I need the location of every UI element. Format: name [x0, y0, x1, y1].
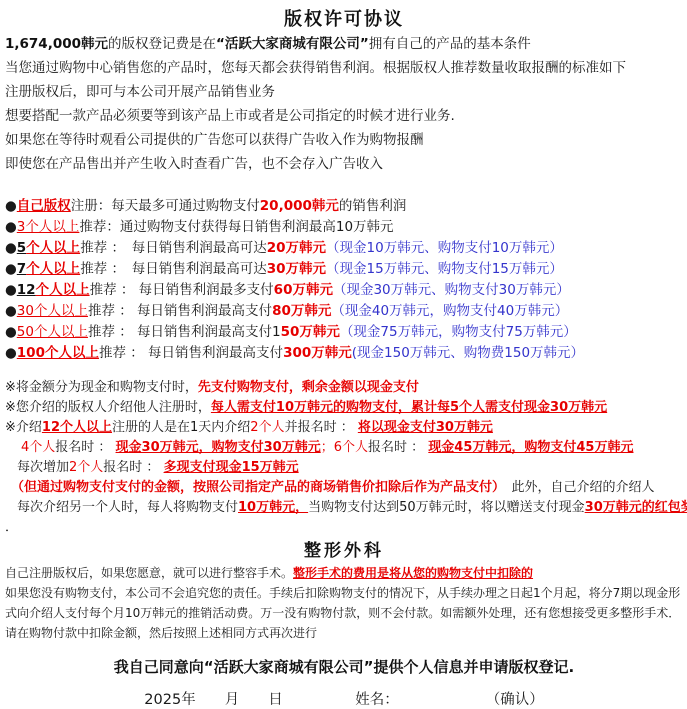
text-segment: ●	[5, 324, 17, 340]
text-segment: 当购物支付达到50万韩元时，将以赠送支付现金	[308, 500, 585, 515]
text-segment: 每次介绍另一个人时，每人将购物支付	[17, 500, 238, 515]
text-segment: ●	[5, 345, 17, 361]
text-segment: （但通过购物支付支付的金额，按照公司指定产品的商场销售价扣除后作为产品支付）	[11, 480, 499, 495]
text-segment: ●	[5, 219, 17, 235]
text-segment: 式向介绍人支付每个月10万韩元的推销活动费。万一没有购物付款，则不会付款。如需额…	[5, 606, 680, 620]
consent-statement: 我自己同意向“活跃大家商城有限公司”提供个人信息并申请版权登记.	[5, 656, 683, 678]
paragraph-line: 自己注册版权后，如果您愿意，就可以进行整容手术。整形手术的费用是将从您的购物支付…	[5, 563, 683, 583]
text-segment: (现金150万韩元、购物费150万韩元）	[352, 345, 584, 361]
note-line: 4个人报名时 ： 现金30万韩元，购物支付30万韩元；6个人报名时 ： 现金45…	[5, 438, 683, 458]
text-segment: ※介绍	[5, 420, 42, 435]
note-line: ※将金额分为现金和购物支付时，先支付购物支付，剩余金额以现金支付	[5, 378, 683, 398]
text-segment: 推荐 ： 每日销售利润最高支付	[88, 303, 272, 319]
text-segment: 12个人以上	[42, 420, 112, 435]
text-segment: 4个人	[21, 440, 55, 455]
text-segment: ．	[5, 520, 18, 535]
text-segment: 12	[17, 282, 36, 298]
text-segment: 当您通过购物中心销售您的产品时，您每天都会获得销售利润。根据版权人推荐数量收取报…	[5, 60, 626, 76]
text-segment: ●	[5, 261, 17, 277]
text-segment: 80万韩元	[272, 303, 331, 319]
benefit-item: ●7个人以上推荐 ： 每日销售利润最高可达30万韩元（现金15万韩元、购物支付1…	[5, 259, 683, 280]
surgery-section-title: 整形外科	[5, 539, 683, 563]
text-segment: 整形手术的费用是将从您的购物支付中扣除的	[293, 566, 533, 580]
payment-notes: ※将金额分为现金和购物支付时，先支付购物支付，剩余金额以现金支付※您介绍的版权人…	[5, 378, 683, 538]
text-segment: 即使您在产品售出并产生收入时查看广告，也不会存入广告收入	[5, 156, 383, 172]
text-segment: 100个人以上	[17, 345, 99, 361]
intro-line: 当您通过购物中心销售您的产品时，您每天都会获得销售利润。根据版权人推荐数量收取报…	[5, 56, 683, 80]
text-segment: 5	[17, 240, 26, 256]
text-segment: 注册的人是在1天内介绍	[112, 420, 250, 435]
text-segment: 30万韩元	[267, 261, 326, 277]
text-segment: 多现支付现金15万韩元	[164, 460, 299, 475]
text-segment: 推荐 ： 每日销售利润最高可达	[80, 261, 267, 277]
text-segment: 6个人	[334, 440, 368, 455]
text-segment: 推荐：通过购物支付获得每日销售利润最高10万韩元	[79, 219, 393, 235]
note-line: ※介绍12个人以上注册的人是在1天内介绍2个人并报名时 ： 将以现金支付30万韩…	[5, 418, 683, 438]
benefit-item: ●12个人以上推荐 ： 每日销售利润最多支付60万韩元（现金30万韩元、购物支付…	[5, 280, 683, 301]
note-line: 每次介绍另一个人时，每人将购物支付10万韩元，当购物支付达到50万韩元时，将以赠…	[5, 498, 683, 518]
text-segment: 并报名时 ：	[285, 420, 358, 435]
text-segment: ※将金额分为现金和购物支付时，	[5, 380, 198, 395]
intro-line: 注册版权后，即可与本公司开展产品销售业务	[5, 80, 683, 104]
text-segment: 推荐 ： 每日销售利润最高支付	[99, 345, 283, 361]
benefit-item: ●5个人以上推荐 ： 每日销售利润最高可达20万韩元（现金10万韩元、购物支付1…	[5, 238, 683, 259]
copyright-license-document: 版权许可协议 1,674,000韩元的版权登记费是在“活跃大家商城有限公司”拥有…	[0, 0, 687, 709]
referral-benefit-list: ●自己版权注册：每天最多可通过购物支付20,000韩元的销售利润●3个人以上推荐…	[5, 196, 683, 364]
text-segment: 1,674,000韩元	[5, 36, 108, 52]
text-segment: （现金10万韩元、购物支付10万韩元）	[326, 240, 563, 256]
text-segment: ●	[5, 198, 17, 214]
text-segment: 的版权登记费是在	[108, 36, 216, 52]
text-segment: ；	[321, 440, 334, 455]
paragraph-line: 式向介绍人支付每个月10万韩元的推销活动费。万一没有购物付款，则不会付款。如需额…	[5, 603, 683, 623]
text-segment: 推荐 ： 每日销售利润最高支付1	[88, 324, 281, 340]
text-segment: ●	[5, 303, 17, 319]
text-segment: （现金30万韩元、购物支付30万韩元）	[333, 282, 570, 298]
surgery-paragraphs: 自己注册版权后，如果您愿意，就可以进行整容手术。整形手术的费用是将从您的购物支付…	[5, 563, 683, 643]
text-segment: 我自己同意向“活跃大家商城有限公司”提供个人信息并申请版权登记.	[114, 658, 574, 676]
benefit-item: ●50个人以上推荐 ： 每日销售利润最高支付150万韩元（现金75万韩元，购物支…	[5, 322, 683, 343]
text-segment: 报名时 ：	[368, 440, 428, 455]
text-segment: ●	[5, 240, 17, 256]
intro-line: 如果您在等待时观看公司提供的广告您可以获得广告收入作为购物报酬	[5, 128, 683, 152]
text-segment: 2个人	[250, 420, 284, 435]
text-segment: 个人以上	[26, 261, 80, 277]
text-segment: 20万韩元	[267, 240, 326, 256]
paragraph-line: 请在购物付款中扣除金额，然后按照上述相同方式再次进行	[5, 623, 683, 643]
benefit-item: ●30个人以上推荐 ： 每日销售利润最高支付80万韩元（现金40万韩元，购物支付…	[5, 301, 683, 322]
intro-paragraphs: 1,674,000韩元的版权登记费是在“活跃大家商城有限公司”拥有自己的产品的基…	[5, 32, 683, 176]
benefit-item: ●3个人以上推荐：通过购物支付获得每日销售利润最高10万韩元	[5, 217, 683, 238]
text-segment: 每次增加	[17, 460, 69, 475]
text-segment: 10万韩元，	[238, 500, 308, 515]
text-segment: 请在购物付款中扣除金额，然后按照上述相同方式再次进行	[5, 626, 317, 640]
text-segment: 的销售利润	[339, 198, 407, 214]
text-segment: 现金45万韩元，购物支付45万韩元	[428, 440, 633, 455]
text-segment: 注册版权后，即可与本公司开展产品销售业务	[5, 84, 275, 100]
text-segment: 50万韩元	[281, 324, 340, 340]
text-segment: ※您介绍的版权人介绍他人注册时，	[5, 400, 211, 415]
note-line: ．	[5, 518, 683, 538]
text-segment: 注册：每天最多可通过购物支付	[71, 198, 260, 214]
note-line: （但通过购物支付支付的金额，按照公司指定产品的商场销售价扣除后作为产品支付） 此…	[5, 478, 683, 498]
text-segment: 报名时 ：	[55, 440, 115, 455]
text-segment: 现金30万韩元，购物支付30万韩元	[116, 440, 321, 455]
text-segment: 个人以上	[36, 282, 90, 298]
intro-line: 1,674,000韩元的版权登记费是在“活跃大家商城有限公司”拥有自己的产品的基…	[5, 32, 683, 56]
text-segment: 50个人以上	[17, 324, 88, 340]
consent-line: 我自己同意向“活跃大家商城有限公司”提供个人信息并申请版权登记.	[5, 656, 683, 678]
text-segment: 推荐 ： 每日销售利润最高可达	[80, 240, 267, 256]
text-segment: 2个人	[69, 460, 103, 475]
text-segment: 个人以上	[26, 240, 80, 256]
intro-line: 想要搭配一款产品必须要等到该产品上市或者是公司指定的时候才进行业务.	[5, 104, 683, 128]
note-line: 每次增加2个人报名时 ： 多现支付现金15万韩元	[5, 458, 683, 478]
text-segment: 60万韩元	[274, 282, 333, 298]
text-segment: ●	[5, 282, 17, 298]
paragraph-line: 如果您没有购物支付，本公司不会追究您的责任。手续后扣除购物支付的情况下，从手续办…	[5, 583, 683, 603]
text-segment: （现金40万韩元，购物支付40万韩元）	[331, 303, 568, 319]
intro-line: 即使您在产品售出并产生收入时查看广告，也不会存入广告收入	[5, 152, 683, 176]
text-segment: 300万韩元	[283, 345, 352, 361]
text-segment: 20,000韩元	[260, 198, 339, 214]
text-segment: 自己版权	[17, 198, 71, 214]
page-title: 版权许可协议	[5, 8, 683, 32]
text-segment: 推荐 ： 每日销售利润最多支付	[90, 282, 274, 298]
text-segment: 3个人以上	[17, 219, 80, 235]
text-segment: 如果您在等待时观看公司提供的广告您可以获得广告收入作为购物报酬	[5, 132, 424, 148]
date-signature-line: 2025年 月 日 姓名： （确认）	[5, 689, 683, 709]
text-segment: 每人需支付10万韩元的购物支付，累计每5个人需支付现金30万韩元	[211, 400, 607, 415]
text-segment: （现金15万韩元、购物支付15万韩元）	[326, 261, 563, 277]
text-segment: 想要搭配一款产品必须要等到该产品上市或者是公司指定的时候才进行业务.	[5, 108, 455, 124]
text-segment: 自己注册版权后，如果您愿意，就可以进行整容手术。	[5, 566, 293, 580]
benefit-item: ●100个人以上推荐 ： 每日销售利润最高支付300万韩元(现金150万韩元、购…	[5, 343, 683, 364]
note-line: ※您介绍的版权人介绍他人注册时，每人需支付10万韩元的购物支付，累计每5个人需支…	[5, 398, 683, 418]
text-segment: 将以现金支付30万韩元	[358, 420, 493, 435]
text-segment: 如果您没有购物支付，本公司不会追究您的责任。手续后扣除购物支付的情况下，从手续办…	[5, 586, 680, 600]
text-segment: 30万韩元的红包奖金	[585, 500, 687, 515]
text-segment: 报名时 ：	[103, 460, 163, 475]
text-segment: 7	[17, 261, 26, 277]
text-segment: “活跃大家商城有限公司”	[216, 36, 369, 52]
text-segment: 此外，自己介绍的介绍人	[499, 480, 655, 495]
text-segment: 先支付购物支付，剩余金额以现金支付	[198, 380, 419, 395]
text-segment: （现金75万韩元，购物支付75万韩元）	[340, 324, 577, 340]
text-segment: 30个人以上	[17, 303, 88, 319]
benefit-item: ●自己版权注册：每天最多可通过购物支付20,000韩元的销售利润	[5, 196, 683, 217]
text-segment: 拥有自己的产品的基本条件	[369, 36, 531, 52]
